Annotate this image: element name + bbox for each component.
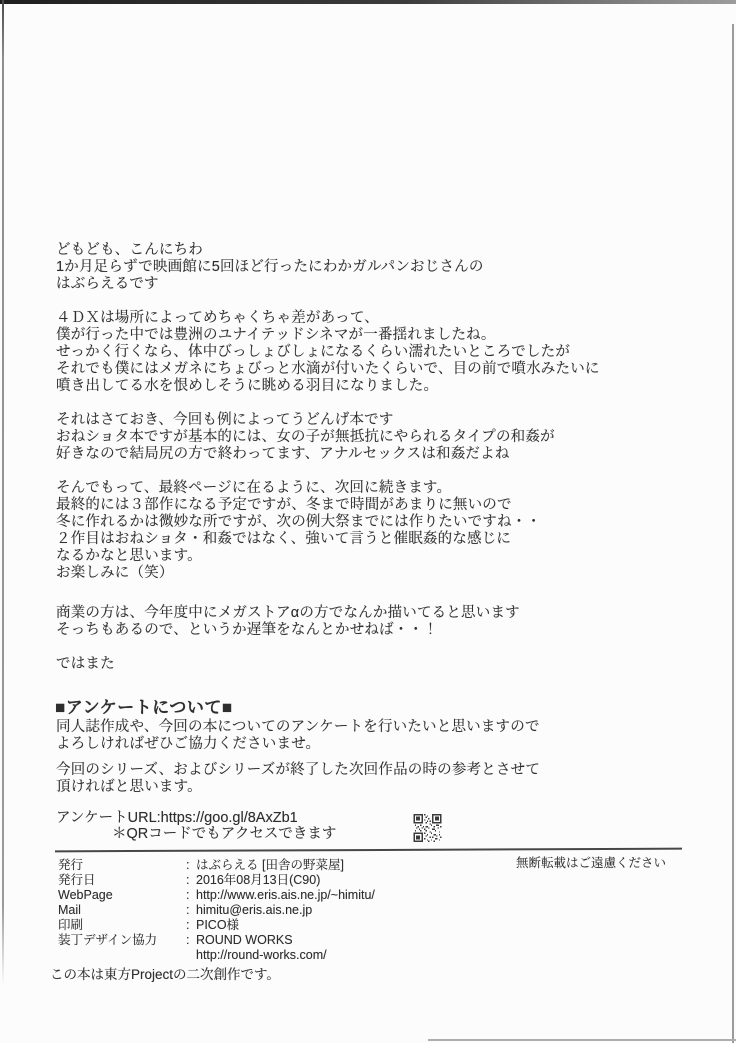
survey-url-text: アンケートURL:https://goo.gl/8AxZb1 bbox=[56, 810, 298, 827]
colophon-value: 2016年08月13日(C90) bbox=[196, 873, 375, 888]
colophon-label: WebPage bbox=[58, 888, 186, 903]
colophon-label: 発行日 bbox=[58, 873, 186, 888]
colophon-row: 発行:はぶらえる [田舎の野菜屋] bbox=[58, 858, 375, 873]
colophon-row: 発行日:2016年08月13日(C90) bbox=[58, 873, 375, 888]
colophon-colon: : bbox=[186, 933, 196, 948]
colophon-label: 装丁デザイン協力 bbox=[58, 933, 186, 948]
scanned-afterword-page: どもども、こんにちわ 1か月足らずで映画館に5回ほど行ったにわかガルパンおじさん… bbox=[0, 0, 736, 1043]
afterword-greeting-paragraph: どもども、こんにちわ 1か月足らずで映画館に5回ほど行ったにわかガルパンおじさん… bbox=[56, 242, 484, 293]
colophon-label: 印刷 bbox=[58, 918, 186, 933]
colophon-row: 装丁デザイン協力:ROUND WORKS bbox=[58, 933, 375, 948]
colophon: 発行:はぶらえる [田舎の野菜屋]発行日:2016年08月13日(C90)Web… bbox=[58, 858, 375, 963]
survey-section-heading: ■アンケートについて■ bbox=[55, 698, 233, 718]
colophon-row: 印刷:PICO様 bbox=[58, 918, 375, 933]
scan-edge-bottom bbox=[428, 1039, 736, 1041]
colophon-value: http://www.eris.ais.ne.jp/~himitu/ bbox=[196, 888, 375, 903]
colophon-label bbox=[58, 948, 186, 963]
colophon-colon: : bbox=[186, 903, 196, 918]
afterword-4dx-paragraph: ４ＤＸは場所によってめちゃくちゃ差があって、 僕が行った中では豊洲のユナイテッド… bbox=[56, 310, 600, 395]
scan-edge-top bbox=[0, 0, 736, 4]
colophon-colon: : bbox=[186, 918, 196, 933]
colophon-row: Mail:himitu@eris.ais.ne.jp bbox=[58, 903, 375, 918]
colophon-value: PICO様 bbox=[196, 918, 375, 933]
colophon-colon: : bbox=[186, 873, 196, 888]
survey-purpose-paragraph: 今回のシリーズ、およびシリーズが終了した次回作品の時の参考とさせて 頂ければと思… bbox=[56, 762, 540, 796]
colophon-colon: : bbox=[186, 888, 196, 903]
colophon-colon: : bbox=[186, 858, 196, 873]
qr-code-icon bbox=[413, 814, 442, 842]
afterword-commercial-paragraph: 商業の方は、今年度中にメガストアαの方でなんか描いてると思います そっちもあるの… bbox=[56, 605, 520, 639]
afterword-book-paragraph: それはさておき、今回も例によってうどんげ本です おねショタ本ですが基本的には、女… bbox=[56, 412, 555, 463]
colophon-divider-rule bbox=[55, 848, 682, 853]
colophon-label: Mail bbox=[58, 903, 186, 918]
colophon-row: http://round-works.com/ bbox=[58, 948, 375, 963]
colophon-row: WebPage:http://www.eris.ais.ne.jp/~himit… bbox=[58, 888, 375, 903]
colophon-value: ROUND WORKS bbox=[196, 933, 375, 948]
colophon-value: はぶらえる [田舎の野菜屋] bbox=[196, 858, 375, 873]
colophon-colon bbox=[186, 948, 196, 963]
colophon-label: 発行 bbox=[58, 858, 186, 873]
qr-access-note: ＊QRコードでもアクセスできます bbox=[112, 826, 336, 843]
scan-edge-right bbox=[732, 24, 734, 1043]
scan-edge-left bbox=[2, 0, 4, 985]
derivative-work-note: この本は東方Projectの二次創作です。 bbox=[50, 967, 280, 983]
afterword-nextwork-paragraph: そんでもって、最終ページに在るように、次回に続きます。 最終的には３部作になる予… bbox=[56, 480, 541, 582]
colophon-value: http://round-works.com/ bbox=[196, 948, 375, 963]
afterword-signoff: ではまた bbox=[56, 656, 115, 673]
survey-request-paragraph: 同人誌作成や、今回の本についてのアンケートを行いたいと思いますので よろしければ… bbox=[56, 719, 540, 753]
no-reproduction-note: 無断転載はご遠慮ください bbox=[516, 856, 666, 871]
colophon-value: himitu@eris.ais.ne.jp bbox=[196, 903, 375, 918]
